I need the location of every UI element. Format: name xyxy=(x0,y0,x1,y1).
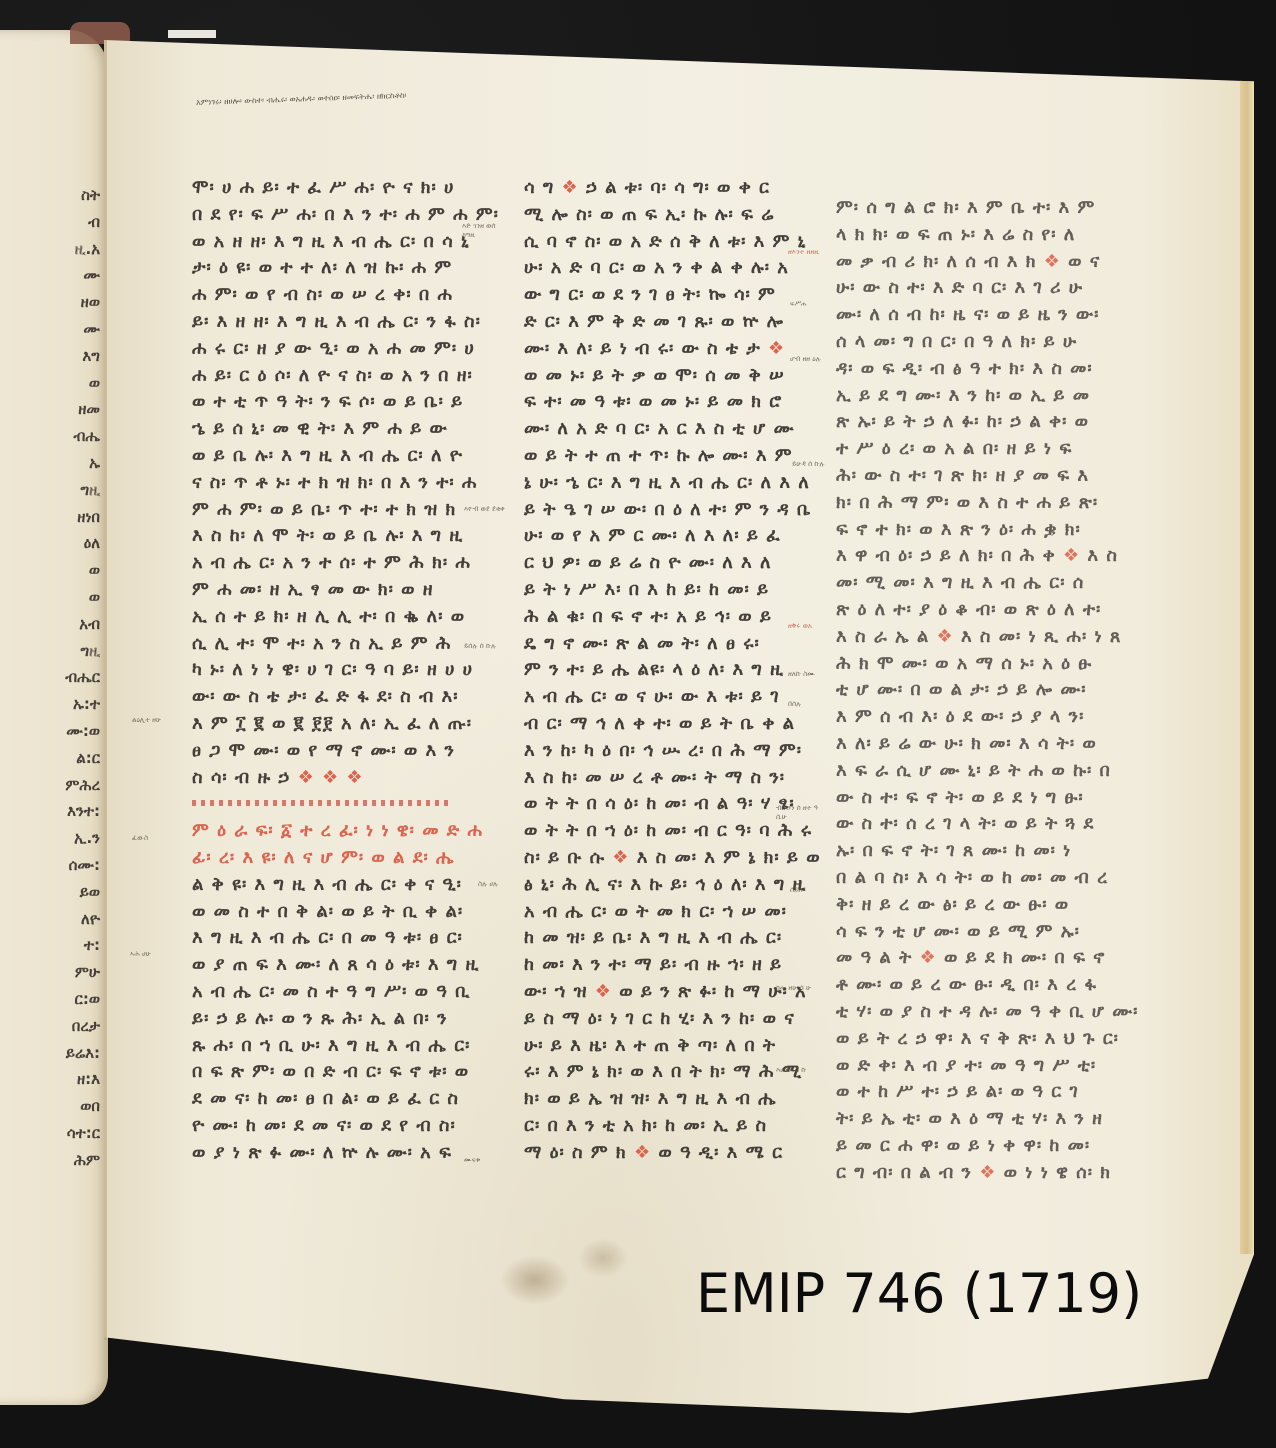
rubric-cross-ornament: ❖ xyxy=(920,947,937,968)
left-page-fragment: እግ xyxy=(30,343,100,370)
text-line: ማ ዕ፡ ስ ም ክ ❖ ወ ዓ ዲ፡ እ ሜ ር xyxy=(524,1140,794,1167)
rubric-cross-ornament: ❖ xyxy=(298,767,315,788)
left-page-fragment: ወ xyxy=(30,557,100,584)
text-line: ዮ ሙ፡ ከ መ፡ ደ መ ና፡ ወ ደ የ ብ ስ፡ xyxy=(192,1113,462,1140)
text-line: እ ስ ከ፡ ለ ሞ ት፡ ወ ይ ቤ ሉ፡ እ ግ ዚ xyxy=(192,523,462,550)
left-page-fragment: ግዚ xyxy=(30,477,100,504)
text-line: ም ሐ ም፡ ወ ይ ቤ፡ ጥ ተ፡ ተ ክ ዝ ክ xyxy=(192,497,462,524)
text-line: ክ፡ ወ ይ ኤ ዝ ዝ፡ እ ግ ዚ እ ብ ሔ xyxy=(524,1086,794,1113)
text-line: በ ፍ ጽ ም፡ ወ በ ድ ብ ር፡ ፍ ኖ ቱ፡ ወ xyxy=(192,1059,462,1086)
text-line: ፍ ተ፡ መ ዓ ቱ፡ ወ መ ኑ፡ ይ መ ክ ሮ xyxy=(524,389,794,416)
text-line: ሐ ሩ ር፡ ዘ ያ ው ዒ፡ ወ አ ሐ መ ም፡ ሀ xyxy=(192,336,462,363)
margin-note: ሙናቱ xyxy=(464,1156,510,1165)
margin-note: ይሁዳ ሰ ኩሉ xyxy=(792,460,838,469)
left-page-fragment: ይወ xyxy=(30,879,100,906)
text-line: ም ን ተ፡ ይ ሔ ልዩ፡ ላ ዕ ለ፡ እ ግ ዚ xyxy=(524,657,794,684)
ink-stain xyxy=(578,1238,628,1278)
text-line: ወ ያ ነ ጽ ፉ ሙ፡ ለ ኵ ሉ ሙ፡ አ ፍ xyxy=(192,1140,462,1167)
text-line: ታ፡ ዕ ዩ፡ ወ ተ ተ ለ፡ ለ ዝ ኩ፡ ሐ ም xyxy=(192,255,462,282)
left-page-fragment: ተ: xyxy=(30,932,100,959)
text-line: ል ቅ ዩ፡ እ ግ ዚ እ ብ ሔ ር፡ ቀ ና ዒ፡ xyxy=(192,872,462,899)
text-line: ቅ፡ ዘ ይ ረ ው ፅ፡ ይ ረ ው ፁ፡ ወ xyxy=(836,892,1106,919)
text-line: ጽ ኡ፡ ይ ት ኃ ለ ፉ፡ ከ፡ ኃ ል ቀ፡ ወ xyxy=(836,409,1106,436)
text-line: ወ ይ ቤ ሉ፡ እ ግ ዚ እ ብ ሔ ር፡ ለ ዮ xyxy=(192,443,462,470)
paper-slip xyxy=(168,30,216,38)
margin-note: እድ ገንዘ ወሰ እግዚ xyxy=(462,222,508,240)
text-line: ወ ይ ት ረ ኃ ዋ፡ እ ና ቅ ጽ፡ እ ህ ጉ ር፡ xyxy=(836,1026,1106,1053)
text-line: ክ፡ በ ሕ ማ ም፡ ወ እ ስ ተ ሐ ይ ጽ፡ xyxy=(836,490,1106,517)
left-facing-page: ስትብዚ.አሙዘወሙእግወዘመብሔኡግዚዘነበዕለወወአብግዚብሔርኡ:ተሙ:ወ… xyxy=(0,30,108,1405)
margin-note: ይሰሉ ሰ ኩሉ xyxy=(464,642,510,651)
text-line: ሐ ም፡ ወ የ ብ ስ፡ ወ ሠ ረ ቀ፡ በ ሐ xyxy=(192,282,462,309)
left-page-fragment: ሙ xyxy=(30,316,100,343)
left-page-fragment: ር:ወ xyxy=(30,986,100,1013)
text-line: ወ ተ ቲ ጥ ዓ ት፡ ን ፍ ሶ፡ ወ ይ ቤ፡ ይ xyxy=(192,389,462,416)
text-line: እ ለ፡ ይ ሬ ው ሁ፡ ክ መ፡ እ ሳ ት፡ ወ xyxy=(836,731,1106,758)
text-line: አ ብ ሔ ር፡ አ ን ተ ሰ፡ ተ ም ሕ ክ፡ ሐ xyxy=(192,550,462,577)
text-line: እ ግ ዚ እ ብ ሔ ር፡ በ መ ዓ ቱ፡ ፀ ር፡ xyxy=(192,925,462,952)
rubric-cross-ornament: ❖ xyxy=(768,338,785,359)
rubric-cross-ornament: ❖ xyxy=(612,847,629,868)
left-page-fragment: ይሬእ: xyxy=(30,1040,100,1067)
page-fore-edge xyxy=(1240,64,1254,1254)
margin-note: ዘእንተ ዘዘዚ xyxy=(788,248,834,257)
margin-note: ሰይሱ xyxy=(790,886,836,895)
left-page-fragment: ዘወ xyxy=(30,289,100,316)
left-page-fragment: ዘመ xyxy=(30,396,100,423)
text-line: ወ ያ ጠ ፍ እ ሙ፡ ለ ጸ ሳ ዕ ቱ፡ እ ግ ዚ xyxy=(192,952,462,979)
text-line: ወ ይ ት ተ ጠ ተ ጥ፡ ኩ ሎ ሙ፡ እ ም xyxy=(524,443,794,470)
text-line: ድ ር፡ እ ም ቅ ድ መ ገ ጹ፡ ወ ኵ ሎ xyxy=(524,309,794,336)
text-line: እ ም ሰ ብ እ፡ ዕ ደ ው፡ ኃ ያ ላ ን፡ xyxy=(836,704,1106,731)
text-line: ሁ፡ ይ እ ዜ፡ እ ተ ጠ ቅ ጣ፡ ለ በ ት xyxy=(524,1033,794,1060)
text-line: ከ መ፡ እ ን ተ፡ ማ ይ፡ ብ ዙ ኀ፡ ዘ ይ xyxy=(524,952,794,979)
text-line: ወ ድ ቀ፡ እ ብ ያ ተ፡ መ ዓ ግ ሥ ቲ፡ xyxy=(836,1053,1106,1080)
text-line: ው ግ ር፡ ወ ደ ን ገ ፀ ት፡ ኰ ሳ፡ ም xyxy=(524,282,794,309)
text-line: ፅ ኒ፡ ሕ ሊ ና፡ እ ኩ ይ፡ ኅ ዕ ለ፡ እ ግ ዚ xyxy=(524,872,794,899)
book-gutter xyxy=(104,40,107,1340)
rubric-ornament-divider xyxy=(192,800,452,806)
text-line: ይ፡ እ ዘ ዘ፡ እ ግ ዚ እ ብ ሔ ር፡ ን ፋ ስ፡ xyxy=(192,309,462,336)
text-line: ው፡ ው ስ ቴ ታ፡ ፈ ድ ፋ ደ፡ ስ ብ እ፡ xyxy=(192,684,462,711)
text-line: ሳ ግ ❖ ኃ ል ቱ፡ ባ፡ ሳ ግ፡ ወ ቀ ር xyxy=(524,175,794,202)
text-line: ሞ፡ ሀ ሐ ይ፡ ተ ፈ ሥ ሐ፡ ዮ ና ክ፡ ሀ xyxy=(192,175,462,202)
text-line: ሲ ባ ኖ ስ፡ ወ አ ድ ሰ ቅ ለ ቱ፡ እ ም ኒ xyxy=(524,229,794,256)
text-line: ር፡ በ እ ን ቲ አ ክ፡ ከ መ፡ ኢ ይ ስ xyxy=(524,1113,794,1140)
margin-note: ዘለኩ ስሙ xyxy=(788,670,834,679)
text-line: ቲ ሆ ሙ፡ በ ወ ል ታ፡ ኃ ይ ሎ ሙ፡ xyxy=(836,677,1106,704)
margin-note: እሀንሁ ሰ ኩ xyxy=(776,1066,822,1075)
text-line: ጽ ዕ ለ ተ፡ ያ ዕ ቆ ብ፡ ወ ጽ ዕ ለ ተ፡ xyxy=(836,597,1106,624)
text-line: በ ል ባ ስ፡ እ ሳ ት፡ ወ ከ መ፡ መ ብ ረ xyxy=(836,865,1106,892)
left-page-fragment: ዚ.አ xyxy=(30,236,100,263)
left-page-fragment: ብ xyxy=(30,209,100,236)
text-line: ፀ ጋ ሞ ሙ፡ ወ የ ማ ኖ ሙ፡ ወ እ ን xyxy=(192,738,462,765)
margin-note: ኣሕ ሀሁ xyxy=(130,950,176,959)
left-page-fragment: አብ xyxy=(30,611,100,638)
left-page-fragment: እንተ: xyxy=(30,798,100,825)
margin-note: ሆብ ዘዘ ዕሉ xyxy=(790,355,836,364)
text-line: ሁ፡ ው ስ ተ፡ እ ድ ባ ር፡ እ ገ ሪ ሁ xyxy=(836,275,1106,302)
text-line: እ ስ ከ፡ መ ሠ ረ ቶ ሙ፡ ት ማ ስ ን፡ xyxy=(524,765,794,792)
text-line: ሐ ይ፡ ር ዕ ሶ፡ ለ ዮ ና ስ፡ ወ አ ን በ ዘ፡ xyxy=(192,363,462,390)
left-page-fragment: ለዮ xyxy=(30,906,100,933)
left-page-fragment: ሳተ:ር xyxy=(30,1120,100,1147)
left-page-fragment: ግዚ xyxy=(30,638,100,665)
rubric-cross-ornament: ❖ xyxy=(937,626,954,647)
rubric-cross-ornament: ❖ xyxy=(595,981,612,1002)
rubric-cross-ornament: ❖ xyxy=(979,1162,996,1183)
margin-note: ልዕሊተ ዘሁ xyxy=(132,716,178,725)
rubric-cross-ornament: ❖ xyxy=(634,1142,651,1163)
rubric-cross-ornament: ❖ xyxy=(562,177,579,198)
left-page-fragment: ምሁ xyxy=(30,959,100,986)
text-line: ወ ት ት በ ኀ ዕ፡ ከ መ፡ ብ ር ዓ፡ ባ ሕ ሩ xyxy=(524,818,794,845)
text-line: እ ስ ራ ኤ ል ❖ እ ስ መ፡ ነ ጺ ሐ፡ ነ ጸ xyxy=(836,624,1106,651)
text-line: ሲ ሊ ተ፡ ሞ ተ፡ አ ን ስ ኢ ይ ም ሕ xyxy=(192,631,462,658)
text-line: ሁ፡ ወ የ አ ም ር ሙ፡ ለ እ ለ፡ ይ ፈ xyxy=(524,523,794,550)
margin-note: ስሉ ሀሉ xyxy=(478,880,524,889)
text-line: እ ም ፲ ፪ ወ ፪ ፻፻ አ ለ፡ ኢ ፈ ለ ጡ፡ xyxy=(192,711,462,738)
left-page-fragment: በረታ xyxy=(30,1013,100,1040)
text-line: ው ስ ተ፡ ፍ ኖ ት፡ ወ ይ ደ ነ ግ ፁ፡ xyxy=(836,785,1106,812)
text-line: መ ቃ ብ ሪ ክ፡ ለ ሰ ብ እ ክ ❖ ወ ና xyxy=(836,249,1106,276)
text-line: ው፡ ኀ ዝ ❖ ወ ይ ን ጽ ፉ፡ ከ ማ ሁ፡ አ xyxy=(524,979,794,1006)
text-line: ሰ ላ መ፡ ግ በ ር፡ በ ዓ ለ ክ፡ ይ ሁ xyxy=(836,329,1106,356)
text-line: ፊ፡ ረ፡ እ ዩ፡ ለ ና ሆ ም፡ ወ ል ደ፡ ሔ xyxy=(192,845,462,872)
rubric-cross-ornament: ❖ xyxy=(1063,545,1080,566)
left-page-fragment: ብሔ xyxy=(30,423,100,450)
text-line: ም ዕ ራ ፍ፡ ፩ ተ ረ ፈ፡ ነ ነ ዌ፡ መ ድ ሐ xyxy=(192,818,462,845)
text-line: ተ ሥ ዕ ረ፡ ወ አ ል በ፡ ዘ ይ ነ ፍ xyxy=(836,436,1106,463)
text-line: መ ዓ ል ት ❖ ወ ይ ደ ክ ሙ፡ በ ፍ ኖ xyxy=(836,945,1106,972)
margin-note: እዮብ ወደ ደቂቀ xyxy=(464,505,510,514)
text-column-2: ሳ ግ ❖ ኃ ል ቱ፡ ባ፡ ሳ ግ፡ ወ ቀ ርሚ ሎ ስ፡ ወ ጠ ፍ ኢ… xyxy=(524,175,794,1166)
text-line: ጹ ሐ፡ በ ኀ ቢ ሁ፡ እ ግ ዚ እ ብ ሔ ር፡ xyxy=(192,1033,462,1060)
text-line: በ ደ የ፡ ፍ ሥ ሐ፡ በ እ ን ተ፡ ሐ ም ሐ ም፡ xyxy=(192,202,462,229)
text-line: ር ህ ዎ፡ ወ ይ ሬ ስ ዮ ሙ፡ ለ እ ለ xyxy=(524,550,794,577)
left-page-fragment: ል:ር xyxy=(30,745,100,772)
text-line: ዳ፡ ወ ፍ ዲ፡ ብ ፅ ዓ ተ ክ፡ እ ስ መ፡ xyxy=(836,356,1106,383)
text-line: ዴ ግ ኖ ሙ፡ ጽ ል መ ት፡ ለ ፀ ሩ፡ xyxy=(524,631,794,658)
text-line: ብ ር፡ ማ ኅ ለ ቀ ተ፡ ወ ይ ት ቤ ቀ ል xyxy=(524,711,794,738)
text-line: ይ ስ ማ ዕ፡ ነ ገ ር ከ ሂ፡ እ ን ከ፡ ወ ና xyxy=(524,1006,794,1033)
text-line: እ ዋ ብ ዕ፡ ኃ ይ ለ ክ፡ በ ሕ ቀ ❖ እ ስ xyxy=(836,543,1106,570)
left-page-fragment: ወበ xyxy=(30,1093,100,1120)
text-line: ካ ኑ፡ ለ ነ ነ ዌ፡ ሀ ገ ር፡ ዓ ባ ይ፡ ዘ ሀ ሀ xyxy=(192,657,462,684)
rubric-cross-ornament: ❖ xyxy=(322,767,339,788)
text-line: ይ ት ነ ሥ እ፡ በ እ ከ ይ፡ ከ መ፡ ይ xyxy=(524,577,794,604)
left-page-fragment: ዘነበ xyxy=(30,504,100,531)
text-line: ከ መ ዝ፡ ይ ቤ፡ እ ግ ዚ እ ብ ሔ ር፡ xyxy=(524,925,794,952)
left-page-fragment: ብሔር xyxy=(30,664,100,691)
text-line: ቲ ሃ፡ ወ ያ ስ ተ ዳ ሉ፡ መ ዓ ቀ ቢ ሆ ሙ፡ xyxy=(836,999,1106,1026)
text-line: ኡ፡ በ ፍ ኖ ት፡ ገ ጸ ሙ፡ ከ መ፡ ነ xyxy=(836,838,1106,865)
text-line: ይ መ ር ሐ ዋ፡ ወ ይ ነ ቀ ዋ፡ ከ መ፡ xyxy=(836,1133,1106,1160)
text-line: ሩ፡ እ ም ኔ ክ፡ ወ እ በ ት ክ፡ ማ ሕ ሚ xyxy=(524,1059,794,1086)
left-page-fragment: ዘ:እ xyxy=(30,1066,100,1093)
text-line: ሁ፡ አ ድ ባ ር፡ ወ አ ን ቀ ል ቀ ሉ፡ አ xyxy=(524,255,794,282)
text-column-1: ሞ፡ ሀ ሐ ይ፡ ተ ፈ ሥ ሐ፡ ዮ ና ክ፡ ሀበ ደ የ፡ ፍ ሥ ሐ፡… xyxy=(192,175,462,1166)
text-line: ሙ፡ ለ አ ድ ባ ር፡ አ ር እ ስ ቲ ሆ ሙ xyxy=(524,416,794,443)
text-line: ወ ተ ከ ሥ ተ፡ ኃ ይ ል፡ ወ ዓ ር ገ xyxy=(836,1079,1106,1106)
left-page-text-fragments: ስትብዚ.አሙዘወሙእግወዘመብሔኡግዚዘነበዕለወወአብግዚብሔርኡ:ተሙ:ወ… xyxy=(30,182,100,1173)
margin-note: ፍሥሐ xyxy=(790,300,836,309)
left-page-fragment: ሰሙ: xyxy=(30,852,100,879)
text-line: ኢ ሰ ተ ይ ክ፡ ዘ ሊ ሊ ተ፡ በ ቈ ለ፡ ወ xyxy=(192,604,462,631)
text-line: ሕ፡ ው ስ ተ፡ ገ ጽ ክ፡ ዘ ያ መ ፍ እ xyxy=(836,463,1106,490)
text-line: ና ስ፡ ጥ ቶ ኑ፡ ተ ክ ዝ ክ፡ በ እ ን ተ፡ ሐ xyxy=(192,470,462,497)
text-line: ኢ ይ ደ ግ ሙ፡ እ ን ከ፡ ወ ኢ ይ መ xyxy=(836,383,1106,410)
margin-note: ብዙኃን ሰ ዘተ ዓ ሲሁ xyxy=(776,804,822,822)
text-line: ም ሐ መ፡ ዘ ኢ ፃ መ ው ክ፡ ወ ዘ xyxy=(192,577,462,604)
margin-note: ከመ ዘሁ ሰ ሁ xyxy=(776,984,822,993)
left-page-fragment: ዕለ xyxy=(30,530,100,557)
left-page-fragment: ሙ:ወ xyxy=(30,718,100,745)
left-page-fragment: ኡ:ተ xyxy=(30,691,100,718)
text-line: ሙ፡ ለ ሰ ብ ከ፡ ዜ ና፡ ወ ይ ዜ ን ው፡ xyxy=(836,302,1106,329)
text-line: ስ ሳ፡ ብ ዙ ኃ ❖ ❖ ❖ xyxy=(192,765,462,792)
left-page-fragment: ኢ.ን xyxy=(30,825,100,852)
text-line: ሕ ክ ሞ ሙ፡ ወ አ ማ ሰ ኑ፡ አ ዕ ፁ xyxy=(836,651,1106,678)
rubric-cross-ornament: ❖ xyxy=(1044,251,1061,272)
left-page-fragment: ስት xyxy=(30,182,100,209)
text-line: ሳ ፍ ን ቲ ሆ ሙ፡ ወ ይ ሚ ም ኡ፡ xyxy=(836,919,1106,946)
text-line: ው ስ ተ፡ ሰ ረ ገ ላ ት፡ ወ ይ ት ጓ ደ xyxy=(836,811,1106,838)
text-line: ሕ ል ቁ፡ በ ፍ ኖ ተ፡ አ ይ ኅ፡ ወ ይ xyxy=(524,604,794,631)
ink-stain xyxy=(500,1255,570,1305)
text-line: ም፡ ሰ ግ ል ሮ ክ፡ እ ም ቤ ተ፡ እ ም xyxy=(836,195,1106,222)
margin-note: በሰሉ xyxy=(788,700,834,709)
margin-note: ዘቅሩ ወአ xyxy=(788,622,834,631)
manuscript-caption: EMIP 746 (1719) xyxy=(696,1262,1142,1325)
rubric-cross-ornament: ❖ xyxy=(346,767,363,788)
text-line: ት፡ ይ ኤ ቲ፡ ወ እ ዕ ማ ቲ ሃ፡ እ ን ዘ xyxy=(836,1106,1106,1133)
left-page-fragment: ሙ xyxy=(30,262,100,289)
left-page-fragment: ኡ xyxy=(30,450,100,477)
text-line: ፍ ኖ ተ ክ፡ ወ እ ጽ ን ዕ፡ ሐ ቌ ክ፡ xyxy=(836,517,1106,544)
text-line: ሙ፡ እ ለ፡ ይ ነ ብ ሩ፡ ው ስ ቴ ታ ❖ xyxy=(524,336,794,363)
text-line: አ ብ ሔ ር፡ ወ ና ሁ፡ ው እ ቱ፡ ይ ገ xyxy=(524,684,794,711)
margin-note: ፈውስ xyxy=(132,834,178,843)
text-line: አ ብ ሔ ር፡ መ ስ ተ ዓ ግ ሥ፡ ወ ዓ ቢ xyxy=(192,979,462,1006)
text-column-3: ም፡ ሰ ግ ል ሮ ክ፡ እ ም ቤ ተ፡ እ ምላ ክ ክ፡ ወ ፍ ጠ ኑ… xyxy=(836,195,1106,1186)
text-line: ቶ ሙ፡ ወ ይ ረ ው ፁ፡ ዲ በ፡ እ ረ ፋ xyxy=(836,972,1106,999)
text-line: እ ን ከ፡ ካ ዕ በ፡ ኅ ሡ ረ፡ በ ሕ ማ ም፡ xyxy=(524,738,794,765)
text-line: ደ መ ና፡ ከ መ፡ ፀ በ ል፡ ወ ይ ፈ ር ስ xyxy=(192,1086,462,1113)
text-line: ወ መ ኑ፡ ይ ት ቃ ወ ሞ፡ ሰ መ ቅ ሠ xyxy=(524,363,794,390)
text-line: መ፡ ሚ መ፡ እ ግ ዚ እ ብ ሔ ር፡ ሰ xyxy=(836,570,1106,597)
text-line: ር ግ ብ፡ በ ል ብ ን ❖ ወ ነ ነ ዌ ሰ፡ ክ xyxy=(836,1160,1106,1187)
text-line: ወ መ ስ ተ በ ቅ ል፡ ወ ይ ት ቢ ቀ ል፡ xyxy=(192,899,462,926)
left-page-fragment: ሕም xyxy=(30,1147,100,1174)
left-page-fragment: ወ xyxy=(30,370,100,397)
text-line: ስ፡ ይ ቡ ሱ ❖ እ ስ መ፡ እ ም ኔ ክ፡ ይ ወ xyxy=(524,845,794,872)
text-line: ኔ ሁ፡ ኄ ር፡ እ ግ ዚ እ ብ ሔ ር፡ ለ እ ለ xyxy=(524,470,794,497)
text-line: ይ፡ ኃ ይ ሉ፡ ወ ን ጹ ሕ፡ ኢ ል በ፡ ን xyxy=(192,1006,462,1033)
text-line: ይ ት ዔ ገ ሠ ው፡ በ ዕ ለ ተ፡ ም ን ዳ ቤ xyxy=(524,497,794,524)
left-page-fragment: ምሕረ xyxy=(30,772,100,799)
text-line: እ ፍ ራ ሲ ሆ ሙ ኒ፡ ይ ት ሐ ወ ኩ፡ በ xyxy=(836,758,1106,785)
text-line: ላ ክ ክ፡ ወ ፍ ጠ ኑ፡ እ ሬ ስ የ፡ ለ xyxy=(836,222,1106,249)
text-line: ወ ት ት በ ሳ ዕ፡ ከ መ፡ ብ ል ዓ፡ ሃ ፄ፡ xyxy=(524,791,794,818)
text-line: ወ አ ዘ ዘ፡ እ ግ ዚ እ ብ ሔ ር፡ በ ሳ ኒ xyxy=(192,229,462,256)
text-line: አ ብ ሔ ር፡ ወ ት መ ክ ር፡ ኀ ሠ መ፡ xyxy=(524,899,794,926)
left-page-fragment: ወ xyxy=(30,584,100,611)
text-line: ኄ ይ ሰ ኒ፡ መ ዊ ት፡ እ ም ሐ ይ ው xyxy=(192,416,462,443)
text-line: ሚ ሎ ስ፡ ወ ጠ ፍ ኢ፡ ኩ ሉ፡ ፍ ሬ xyxy=(524,202,794,229)
